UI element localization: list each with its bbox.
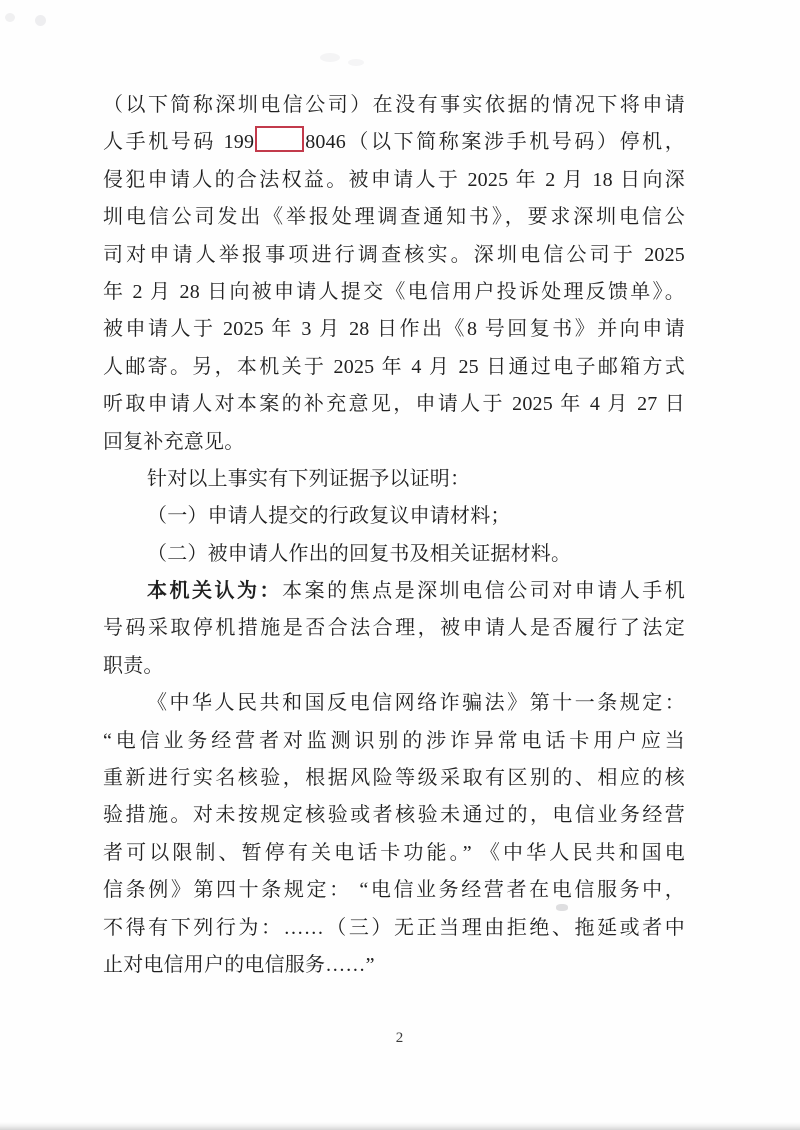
text-line: （二）被申请人作出的回复书及相关证据材料。 bbox=[103, 536, 685, 573]
text-line: 侵犯申请人的合法权益。被申请人于 2025 年 2 月 18 日向深 bbox=[103, 162, 685, 199]
redaction-box bbox=[255, 126, 304, 152]
text-segment: （以下简称深圳电信公司）在没有事实依据的情况下将申请 bbox=[103, 94, 685, 116]
text-line: 止对电信用户的电信服务……” bbox=[103, 947, 685, 984]
text-segment: 听取申请人对本案的补充意见，申请人于 2025 年 4 月 27 日 bbox=[103, 393, 685, 415]
text-segment: 侵犯申请人的合法权益。被申请人于 2025 年 2 月 18 日向深 bbox=[103, 169, 685, 191]
text-line: 重新进行实名核验，根据风险等级采取有区别的、相应的核 bbox=[103, 760, 685, 797]
text-segment: 《中华人民共和国反电信网络诈骗法》第十一条规定： bbox=[147, 692, 685, 714]
text-segment: 信条例》第四十条规定： “电信业务经营者在电信服务中， bbox=[103, 879, 685, 901]
text-segment: “电信业务经营者对监测识别的涉诈异常电话卡用户应当 bbox=[103, 730, 685, 752]
page-edge-shadow bbox=[0, 1122, 800, 1130]
text-line: 针对以上事实有下列证据予以证明： bbox=[103, 461, 685, 498]
text-segment: 人手机号码 199 bbox=[103, 131, 254, 153]
text-line: （一）申请人提交的行政复议申请材料； bbox=[103, 498, 685, 535]
text-segment: 本机关认为： bbox=[147, 580, 282, 602]
text-segment: 者可以限制、暂停有关电话卡功能。” 《中华人民共和国电 bbox=[103, 842, 685, 864]
document-page: （以下简称深圳电信公司）在没有事实依据的情况下将申请人手机号码 1998046（… bbox=[0, 0, 800, 1130]
text-segment: 人邮寄。另，本机关于 2025 年 4 月 25 日通过电子邮箱方式 bbox=[103, 356, 685, 378]
text-line: 者可以限制、暂停有关电话卡功能。” 《中华人民共和国电 bbox=[103, 835, 685, 872]
text-line: 人邮寄。另，本机关于 2025 年 4 月 25 日通过电子邮箱方式 bbox=[103, 349, 685, 386]
text-segment: 针对以上事实有下列证据予以证明： bbox=[147, 468, 470, 490]
text-line: 回复补充意见。 bbox=[103, 424, 685, 461]
text-line: 人手机号码 1998046（以下简称案涉手机号码）停机， bbox=[103, 124, 685, 161]
text-line: 圳电信公司发出《举报处理调查通知书》，要求深圳电信公 bbox=[103, 199, 685, 236]
scan-artifact bbox=[320, 53, 340, 62]
text-segment: 不得有下列行为：……（三）无正当理由拒绝、拖延或者中 bbox=[103, 917, 685, 939]
text-segment: 司对申请人举报事项进行调查核实。深圳电信公司于 2025 bbox=[103, 244, 685, 266]
text-line: 信条例》第四十条规定： “电信业务经营者在电信服务中， bbox=[103, 872, 685, 909]
scan-artifact bbox=[35, 15, 46, 26]
text-line: 司对申请人举报事项进行调查核实。深圳电信公司于 2025 bbox=[103, 237, 685, 274]
text-line: 年 2 月 28 日向被申请人提交《电信用户投诉处理反馈单》。 bbox=[103, 274, 685, 311]
text-line: 号码采取停机措施是否合法合理，被申请人是否履行了法定 bbox=[103, 610, 685, 647]
text-segment: 8046（以下简称案涉手机号码）停机， bbox=[305, 131, 685, 153]
text-line: 被申请人于 2025 年 3 月 28 日作出《8 号回复书》并向申请 bbox=[103, 311, 685, 348]
document-lines: （以下简称深圳电信公司）在没有事实依据的情况下将申请人手机号码 1998046（… bbox=[103, 87, 685, 984]
text-line: 本机关认为：本案的焦点是深圳电信公司对申请人手机 bbox=[103, 573, 685, 610]
text-line: 不得有下列行为：……（三）无正当理由拒绝、拖延或者中 bbox=[103, 910, 685, 947]
page-number: 2 bbox=[0, 1030, 800, 1047]
text-segment: （一）申请人提交的行政复议申请材料； bbox=[147, 505, 511, 527]
scan-artifact bbox=[5, 13, 15, 22]
text-segment: 回复补充意见。 bbox=[103, 431, 244, 453]
text-segment: 圳电信公司发出《举报处理调查通知书》，要求深圳电信公 bbox=[103, 206, 685, 228]
text-line: （以下简称深圳电信公司）在没有事实依据的情况下将申请 bbox=[103, 87, 685, 124]
text-segment: 本案的焦点是深圳电信公司对申请人手机 bbox=[282, 580, 685, 602]
text-line: 职责。 bbox=[103, 648, 685, 685]
text-segment: 重新进行实名核验，根据风险等级采取有区别的、相应的核 bbox=[103, 767, 685, 789]
text-segment: 验措施。对未按规定核验或者核验未通过的，电信业务经营 bbox=[103, 804, 685, 826]
text-segment: 止对电信用户的电信服务……” bbox=[103, 954, 375, 976]
text-segment: （二）被申请人作出的回复书及相关证据材料。 bbox=[147, 543, 571, 565]
text-line: 验措施。对未按规定核验或者核验未通过的，电信业务经营 bbox=[103, 797, 685, 834]
text-segment: 被申请人于 2025 年 3 月 28 日作出《8 号回复书》并向申请 bbox=[103, 318, 685, 340]
text-segment: 年 2 月 28 日向被申请人提交《电信用户投诉处理反馈单》。 bbox=[103, 281, 685, 303]
text-line: 听取申请人对本案的补充意见，申请人于 2025 年 4 月 27 日 bbox=[103, 386, 685, 423]
text-segment: 号码采取停机措施是否合法合理，被申请人是否履行了法定 bbox=[103, 617, 685, 639]
scan-artifact bbox=[348, 59, 364, 66]
text-line: 《中华人民共和国反电信网络诈骗法》第十一条规定： bbox=[103, 685, 685, 722]
text-line: “电信业务经营者对监测识别的涉诈异常电话卡用户应当 bbox=[103, 723, 685, 760]
text-segment: 职责。 bbox=[103, 655, 164, 677]
